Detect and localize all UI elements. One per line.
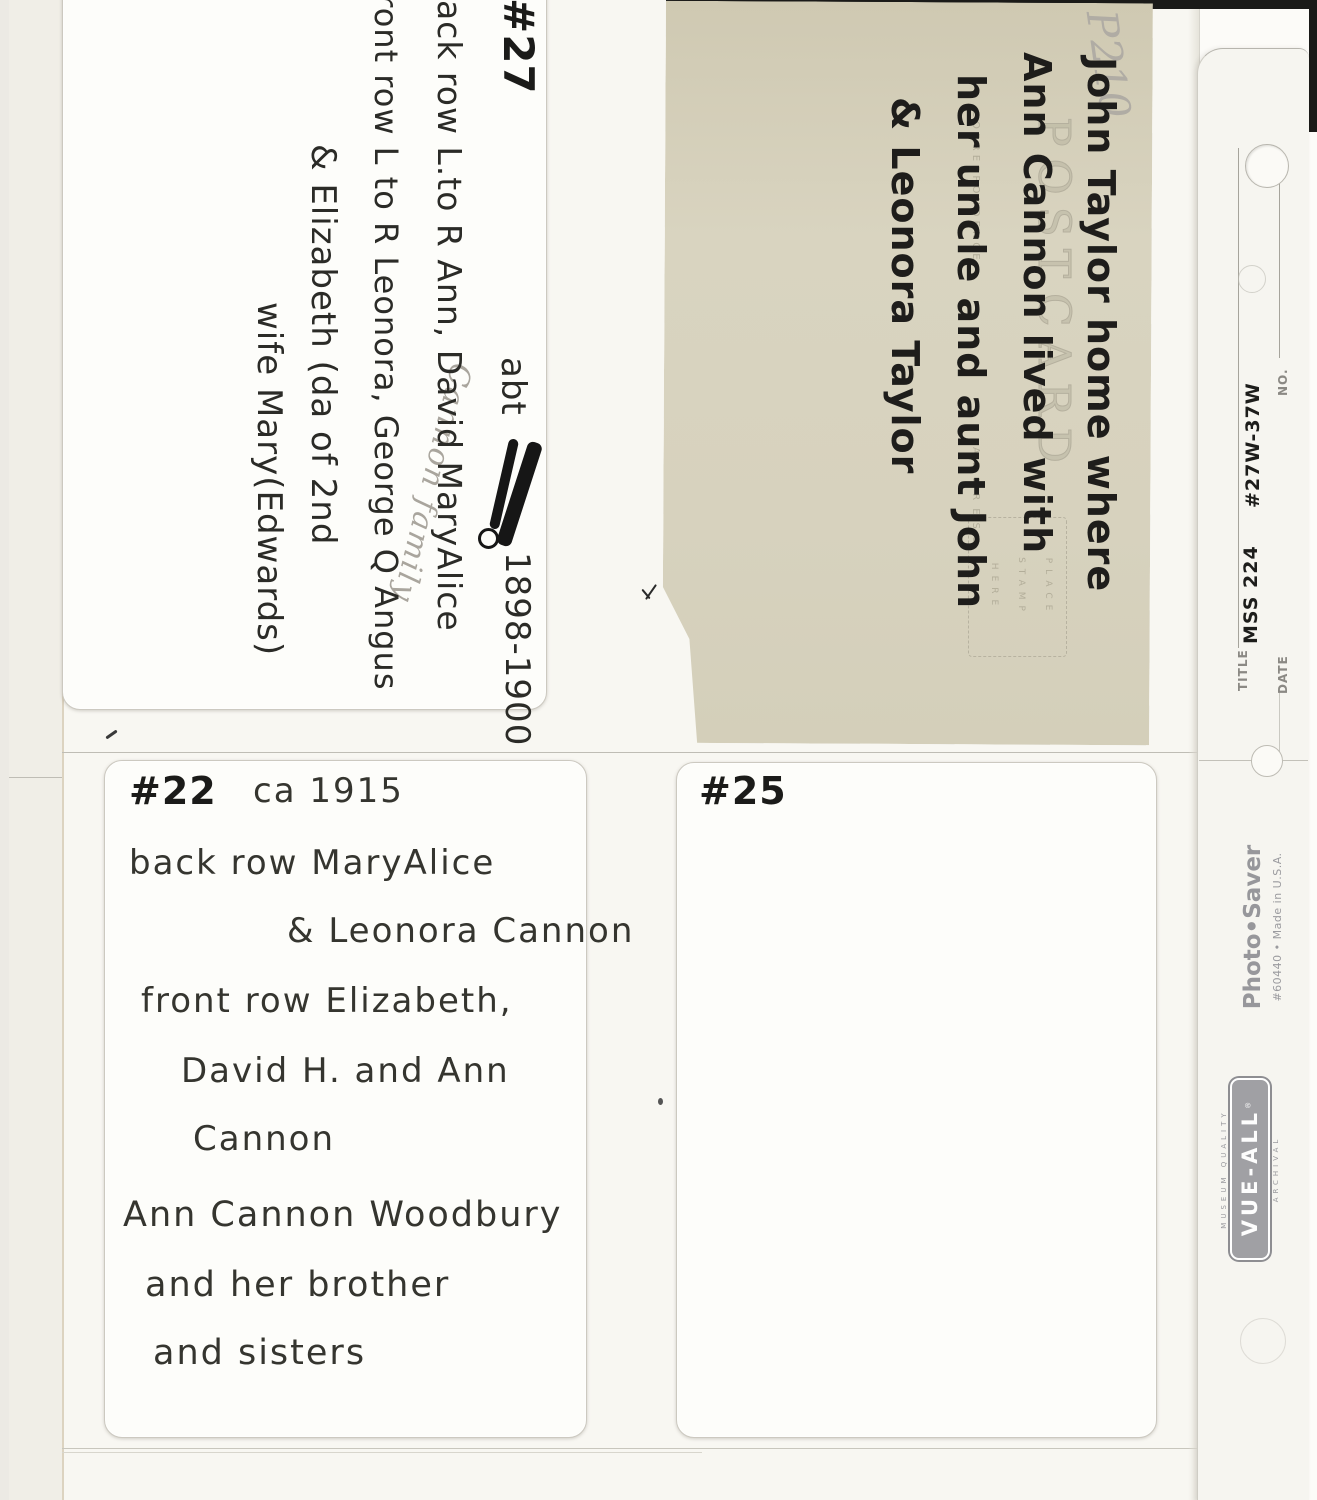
postcard-line2: Ann Cannon lived with	[1015, 52, 1059, 554]
card22-line3: front row Elizabeth,	[141, 981, 513, 1021]
brand-product-info: #60440 • Made in U.S.A.	[1271, 852, 1284, 1001]
logo-bottom-text: ARCHIVAL	[1272, 1072, 1280, 1266]
card22-line8: and sisters	[153, 1333, 366, 1373]
pocket-seam-bottom	[62, 1448, 1197, 1449]
card27-line3: front row L to R Leonora, George Q Angus	[367, 0, 405, 691]
card27-number: #27	[494, 0, 543, 95]
card22-line1: back row MaryAlice	[129, 843, 495, 883]
strip-no-label: NO.	[1272, 360, 1292, 396]
page-binding-strip	[9, 0, 64, 1500]
postcard-content: P210 POST CARD CORRESPONDENCE ADDRESS PL…	[664, 2, 1151, 744]
scanned-album-page: #27 abt 1898-1900 Cannon family back row…	[0, 0, 1317, 1500]
strip-handwritten-collection: MSS 224	[1240, 506, 1268, 644]
pocket-seam-middle	[62, 752, 1197, 753]
registered-mark: ®	[1245, 1102, 1253, 1109]
punch-hole	[1251, 745, 1283, 777]
strip-handwritten-range: #27W-37W	[1242, 350, 1270, 508]
postcard-line3: her uncle and aunt John	[949, 74, 993, 609]
punch-hole	[1245, 144, 1289, 188]
logo-name: VUE-ALL	[1238, 1109, 1262, 1236]
card22-line6: Ann Cannon Woodbury	[123, 1195, 563, 1235]
logo-badge: VUE-ALL®	[1230, 1078, 1270, 1260]
postcard-line1: John Taylor home where	[1079, 57, 1123, 592]
card27-years: 1898-1900	[497, 552, 537, 746]
strip-date-label: DATE	[1272, 650, 1292, 694]
photo-saver-brand: Photo•Saver #60440 • Made in U.S.A.	[1240, 843, 1294, 1011]
postcard-line4: & Leonora Taylor	[883, 97, 927, 474]
pen-mark	[658, 1098, 663, 1105]
title-rule-line	[1238, 148, 1239, 648]
scan-black-right-corner	[1309, 0, 1317, 132]
card27-abt: abt	[493, 357, 533, 416]
logo-top-text: MUSEUM QUALITY	[1220, 1072, 1228, 1266]
card22-date: ca 1915	[253, 771, 404, 811]
brand-name: Photo•Saver	[1240, 845, 1266, 1010]
pocket-seam-bottom-smudge	[62, 1452, 702, 1453]
card25-number: #25	[699, 769, 787, 813]
punch-hole-faint	[1240, 1318, 1286, 1364]
card22-line7: and her brother	[145, 1265, 450, 1305]
index-card-22: #22 ca 1915 back row MaryAlice & Leonora…	[104, 760, 587, 1438]
card27-line4: & Elizabeth (da of 2nd	[303, 144, 343, 545]
card22-line2: & Leonora Cannon	[287, 911, 634, 951]
binding-seam	[9, 777, 62, 778]
card27-line2: back row L.to R Ann, David MaryAlice	[430, 0, 469, 632]
vue-all-logo: MUSEUM QUALITY VUE-ALL® ARCHIVAL	[1220, 1072, 1290, 1266]
index-card-27-text: #27 abt 1898-1900 Cannon family back row…	[62, 0, 545, 708]
card22-line5: Cannon	[193, 1119, 335, 1159]
scribble-loop	[478, 528, 499, 549]
punch-hole-faint	[1238, 265, 1266, 293]
strip-title-label: TITLE	[1232, 645, 1252, 691]
index-card-25: #25	[676, 762, 1157, 1438]
card27-line5: wife Mary(Edwards)	[249, 302, 289, 656]
card22-line4: David H. and Ann	[181, 1051, 510, 1091]
card22-number: #22	[129, 769, 217, 813]
